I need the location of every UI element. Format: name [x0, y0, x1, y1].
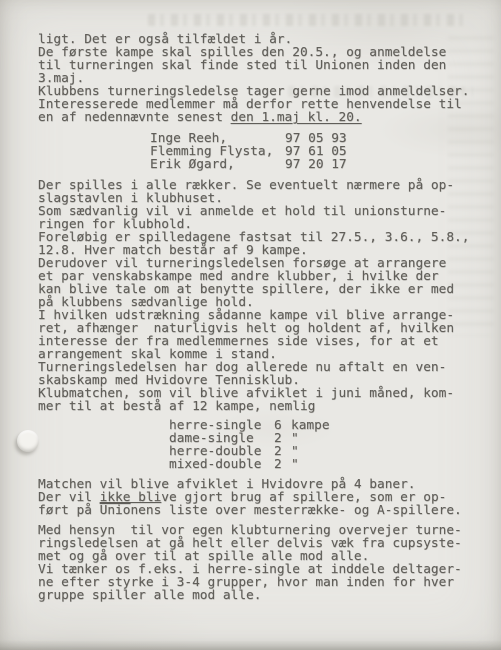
bleed-through-ghost-text [148, 14, 466, 26]
match-unit: " [291, 457, 299, 472]
text-segment: Unionens [100, 503, 162, 518]
text-segment: mer til at bestå af 12 kampe, nemlig [38, 399, 315, 414]
punch-hole [17, 430, 39, 452]
text-line: mer til at bestå af 12 kampe, nemlig [38, 400, 478, 413]
match-table-row: mixed-double2" [38, 458, 478, 471]
contact-row: Flemming Flysta,97 61 05 [38, 145, 478, 158]
line-spacer [38, 124, 478, 132]
contact-row: Erik Øgard,97 20 17 [38, 158, 478, 171]
text-segment: liste over mesterrække- og A-spillere. [161, 503, 461, 518]
document-body: ligt. Det er også tilfældet i år.De førs… [38, 33, 478, 602]
match-category: mixed-double [169, 458, 274, 471]
contact-name: Erik Øgard, [150, 158, 285, 171]
text-segment: den 1.maj kl. 20. [231, 110, 362, 125]
text-line: ført på Unionens liste over mesterrække-… [38, 504, 478, 517]
match-table-row: herre-single6kampe [38, 419, 478, 432]
text-segment: en af nedennævnte senest [38, 110, 231, 125]
scanned-document-page: ligt. Det er også tilfældet i år.De førs… [0, 0, 501, 650]
text-segment: til turneringen skal finde sted til Unio… [38, 58, 446, 73]
text-line: til turneringen skal finde sted til Unio… [38, 59, 478, 72]
match-count: 2 [274, 458, 291, 471]
text-segment: ført på [38, 503, 100, 518]
text-line: en af nedennævnte senest den 1.maj kl. 2… [38, 111, 478, 124]
contact-phone: 97 20 17 [285, 157, 347, 172]
text-segment: gruppe spiller alle mod alle. [38, 588, 261, 603]
text-line: gruppe spiller alle mod alle. [38, 589, 478, 602]
